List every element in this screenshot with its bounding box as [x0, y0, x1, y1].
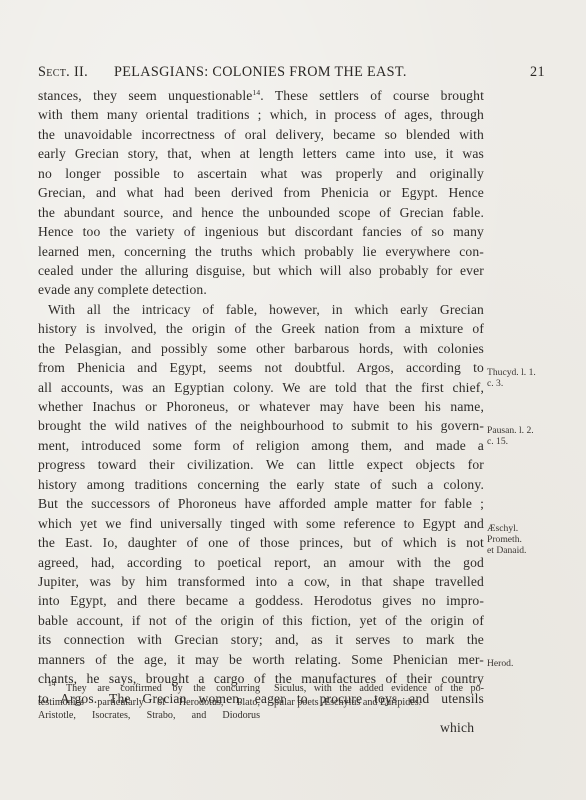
footnote-marker: 14 [48, 679, 56, 688]
text-line: Jupiter, was by him transformed into a c… [38, 572, 484, 591]
margin-note-herodotus: Herod. [487, 658, 513, 669]
text-line: But the successors of Phoroneus have aff… [38, 494, 484, 513]
text-line: history among traditions concerning the … [38, 475, 484, 494]
footnote-line: pular poets Æschylus and Euripides. [274, 696, 484, 710]
catchword: which [440, 720, 474, 736]
text-line: the Pelasgian, and possibly some other b… [38, 339, 484, 358]
running-head: Sect. II. PELASGIANS: COLONIES FROM THE … [38, 64, 544, 84]
footnote-column-right: Siculus, with the added evidence of the … [274, 682, 484, 709]
footnote-line: testimonies particularly of Herodotus, P… [38, 696, 260, 710]
footnote-line: Aristotle, Isocrates, Strabo, and Diodor… [38, 709, 260, 723]
margin-note-aeschylus: Æschyl. Prometh. et Danaid. [487, 523, 526, 556]
text-line: progress toward their civilization. We c… [38, 455, 484, 474]
text-line: the East. Io, daughter of one of those p… [38, 533, 484, 552]
text-line: evade any complete detection. [38, 280, 484, 299]
text-line: brought the wild natives of the neighbou… [38, 416, 484, 435]
page-number: 21 [530, 64, 545, 81]
margin-note-thucydides: Thucyd. l. 1. c. 3. [487, 367, 536, 389]
footnote-column-left: 14 They are confirmed by the concurring … [38, 682, 260, 723]
text-line: with them many oriental traditions ; whi… [38, 105, 484, 124]
text-line: ment, introduced some form of religion a… [38, 436, 484, 455]
section-label: Sect. II. [38, 64, 88, 81]
text-line: Hence too the variety of ingenious but d… [38, 222, 484, 241]
text-line: manners of the age, it may be worth rela… [38, 650, 484, 669]
footnote-line: 14 They are confirmed by the concurring [38, 682, 260, 696]
text-line: into Egypt, and there became a goddess. … [38, 591, 484, 610]
body-text: stances, they seem unquestionable14. The… [38, 86, 484, 708]
text-line: early Grecian story, that, when at lengt… [38, 144, 484, 163]
text-line: all accounts, was an Egyptian colony. We… [38, 378, 484, 397]
footnote-line: Siculus, with the added evidence of the … [274, 682, 484, 696]
text-line: which yet we find universally tinged wit… [38, 514, 484, 533]
paragraph-start: With all the intricacy of fable, however… [38, 300, 484, 319]
text-line: Grecian, and what had been derived from … [38, 183, 484, 202]
text-line: stances, they seem unquestionable14. The… [38, 86, 484, 105]
text-line: history is involved, the origin of the G… [38, 319, 484, 338]
text-line: no longer possible to ascertain what was… [38, 164, 484, 183]
text-line: cealed under the alluring disguise, but … [38, 261, 484, 280]
text-line: learned men, concerning the truths which… [38, 242, 484, 261]
text-line: bable account, if not of the origin of t… [38, 611, 484, 630]
margin-note-pausanias: Pausan. l. 2. c. 15. [487, 425, 534, 447]
text-line: whether Inachus or Phoroneus, or whateve… [38, 397, 484, 416]
text-line: from Phenicia and Egypt, seems not doubt… [38, 358, 484, 377]
book-page: Sect. II. PELASGIANS: COLONIES FROM THE … [0, 0, 586, 800]
chapter-title: PELASGIANS: COLONIES FROM THE EAST. [114, 64, 407, 81]
text-line: the unavoidable incorrectness of oral de… [38, 125, 484, 144]
text-line: its connection with Grecian story; and, … [38, 630, 484, 649]
text-line: the abundant source, and hence the unbou… [38, 203, 484, 222]
text-line: agreed, had, according to poetical repor… [38, 553, 484, 572]
